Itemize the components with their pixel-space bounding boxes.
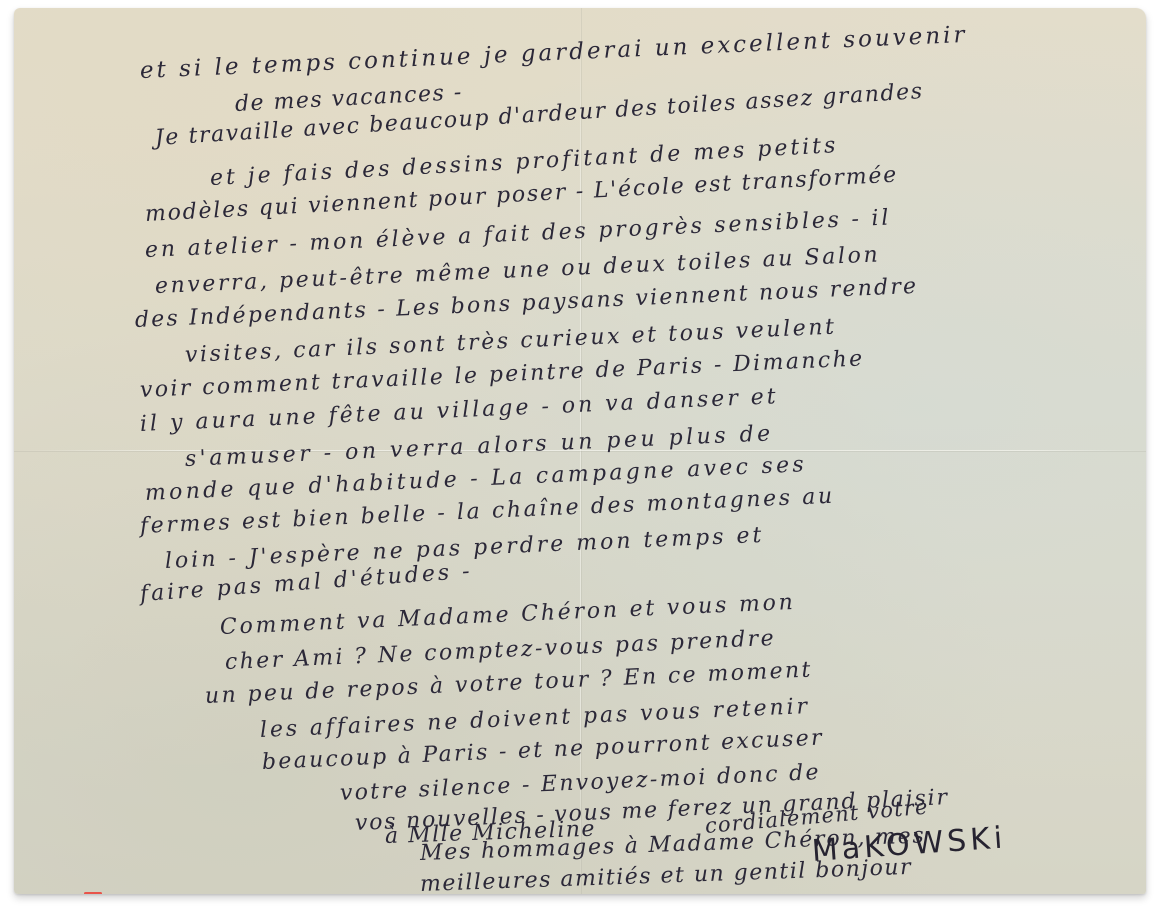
scan-background: et si le temps continue je garderai un e… bbox=[0, 0, 1156, 911]
letter-paper: et si le temps continue je garderai un e… bbox=[14, 8, 1146, 894]
letter-line-1: et si le temps continue je garderai un e… bbox=[139, 22, 968, 84]
red-edge-mark bbox=[84, 892, 102, 894]
